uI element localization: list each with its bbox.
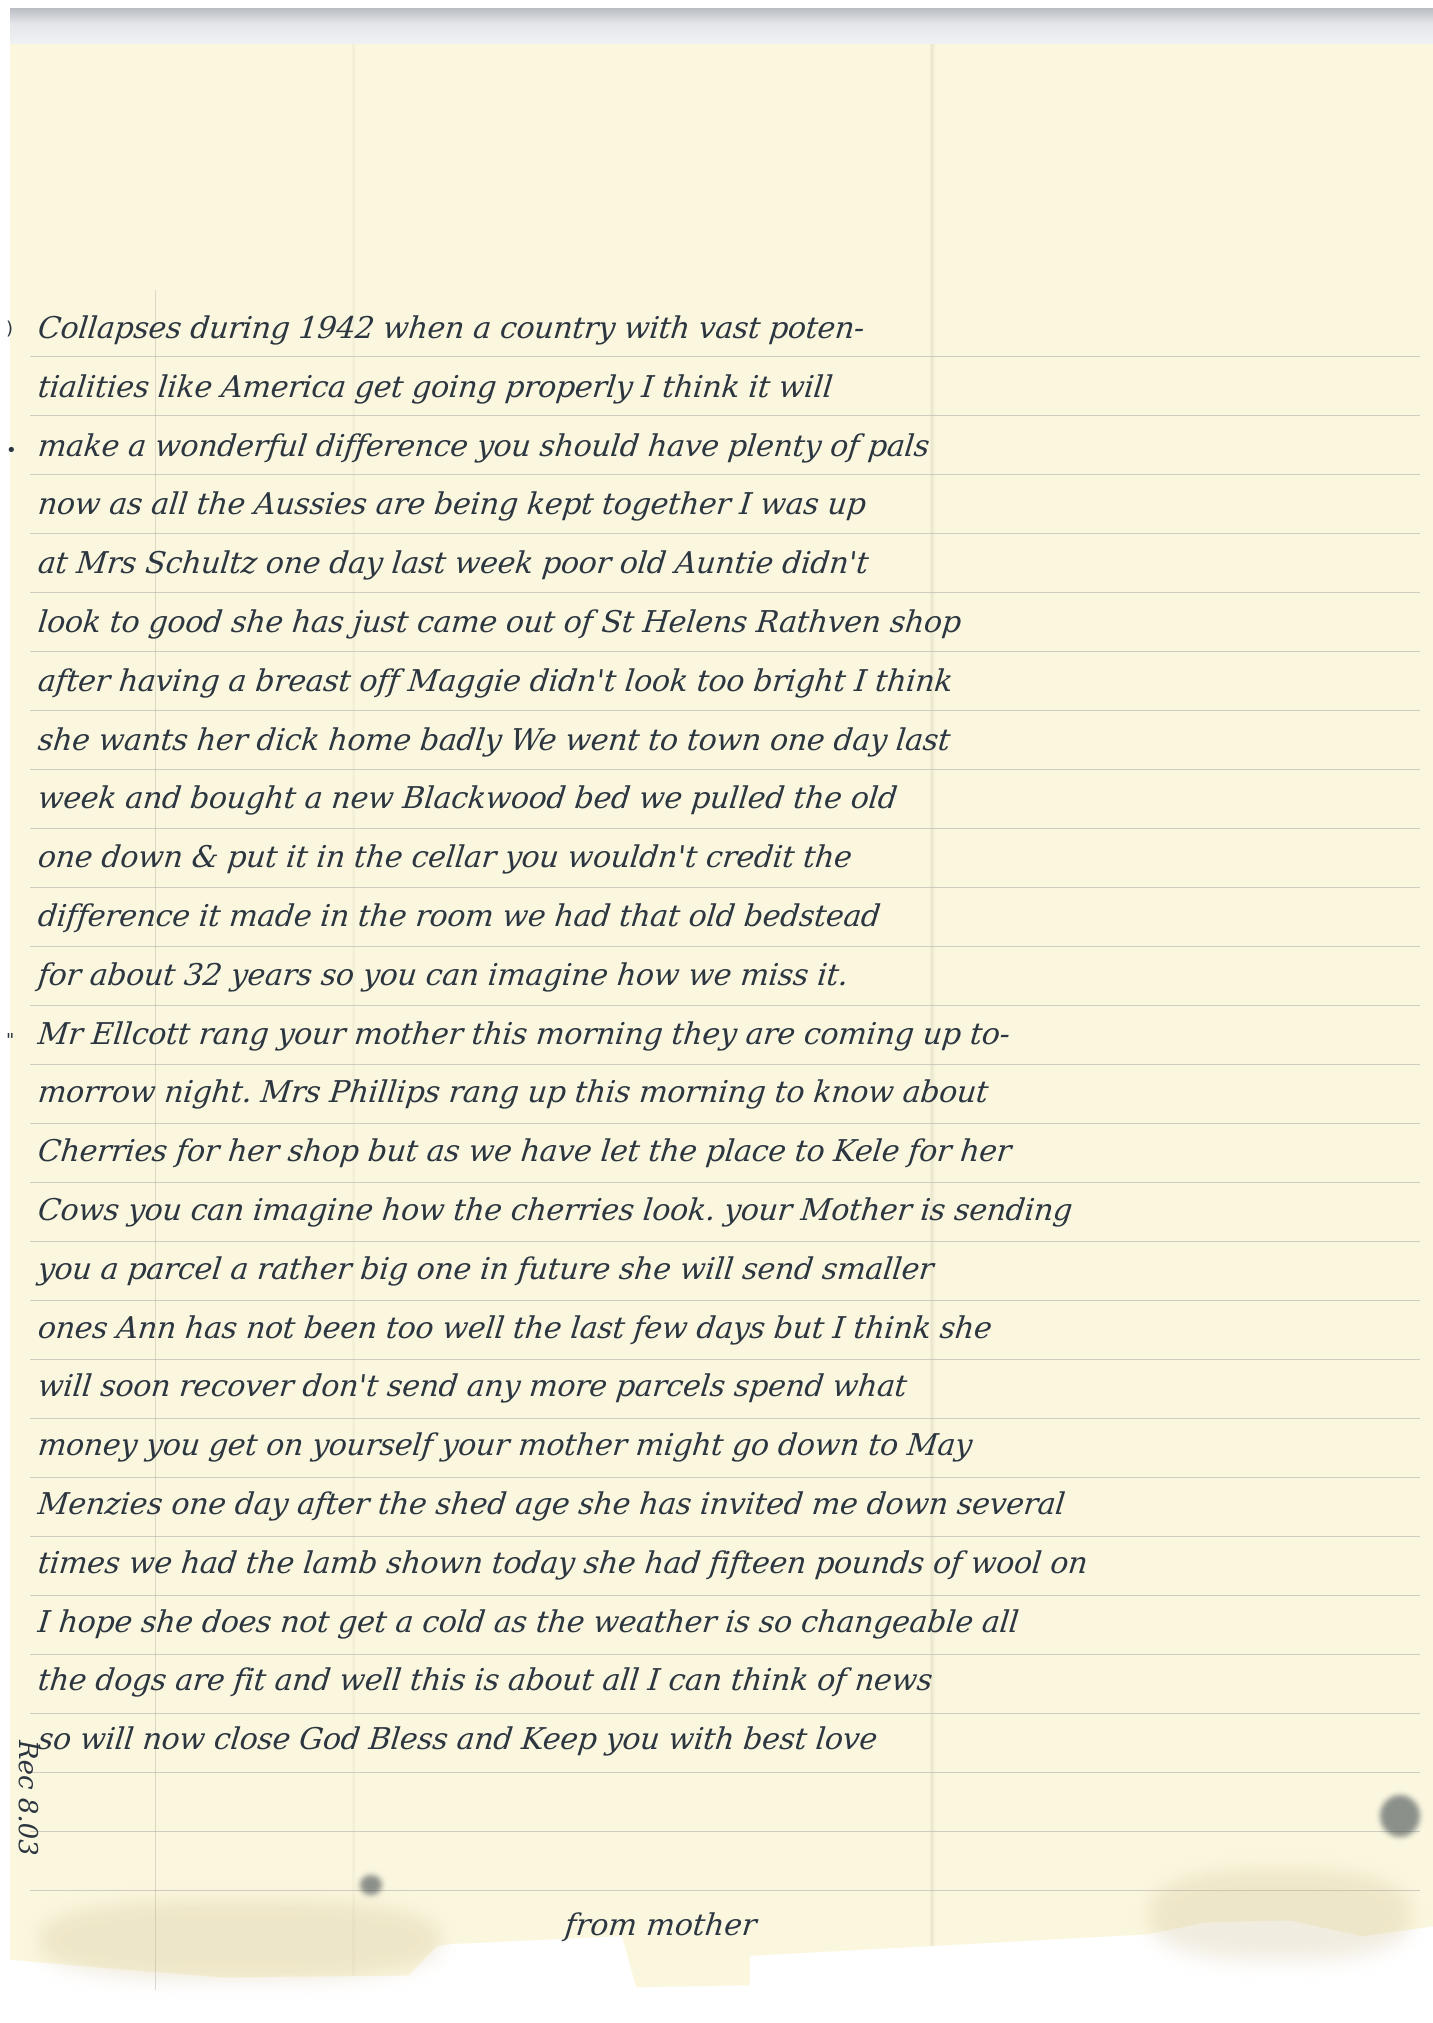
letter-line: difference it made in the room we had th… (35, 888, 1421, 947)
margin-bracket-mark: ) (6, 318, 13, 339)
ruled-line (30, 1831, 1420, 1832)
letter-line: Mr Ellcott rang your mother this morning… (35, 1006, 1421, 1065)
letter-line: at Mrs Schultz one day last week poor ol… (35, 535, 1421, 594)
ruled-line (30, 1772, 1420, 1773)
paper-stain (40, 1900, 440, 1980)
letter-line: Collapses during 1942 when a country wit… (35, 300, 1421, 359)
letter-line: week and bought a new Blackwood bed we p… (35, 770, 1421, 829)
letter-line: one down & put it in the cellar you woul… (35, 829, 1421, 888)
letter-line: the dogs are fit and well this is about … (35, 1652, 1421, 1711)
letter-line: so will now close God Bless and Keep you… (35, 1711, 1421, 1770)
letter-line: Cows you can imagine how the cherries lo… (35, 1182, 1421, 1241)
letter-line: Menzies one day after the shed age she h… (35, 1476, 1421, 1535)
letter-line: after having a breast off Maggie didn't … (35, 653, 1421, 712)
ink-blot (360, 1875, 382, 1895)
letter-closing: from mother (563, 1908, 758, 1943)
letter-line: will soon recover don't send any more pa… (35, 1358, 1421, 1417)
ink-blot (1380, 1795, 1420, 1837)
letter-line: I hope she does not get a cold as the we… (35, 1594, 1421, 1653)
letter-line: Cherries for her shop but as we have let… (35, 1123, 1421, 1182)
letter-line: for about 32 years so you can imagine ho… (35, 947, 1421, 1006)
letter-body: Collapses during 1942 when a country wit… (38, 300, 1418, 1770)
margin-quote-mark: " (6, 1030, 14, 1051)
margin-dot-mark: • (6, 440, 17, 461)
letter-line: look to good she has just came out of St… (35, 594, 1421, 653)
margin-note: Rec 8.03 (12, 1740, 42, 1856)
letter-line: times we had the lamb shown today she ha… (35, 1535, 1421, 1594)
letter-line: morrow night. Mrs Phillips rang up this … (35, 1064, 1421, 1123)
letter-line: money you get on yourself your mother mi… (35, 1417, 1421, 1476)
scan-top-shadow (10, 8, 1433, 48)
letter-line: now as all the Aussies are being kept to… (35, 476, 1421, 535)
letter-line: she wants her dick home badly We went to… (35, 712, 1421, 771)
letter-line: ones Ann has not been too well the last … (35, 1300, 1421, 1359)
letter-line: you a parcel a rather big one in future … (35, 1241, 1421, 1300)
letter-line: tialities like America get going properl… (35, 359, 1421, 418)
paper-stain (1150, 1870, 1410, 1960)
letter-line: make a wonderful difference you should h… (35, 418, 1421, 477)
